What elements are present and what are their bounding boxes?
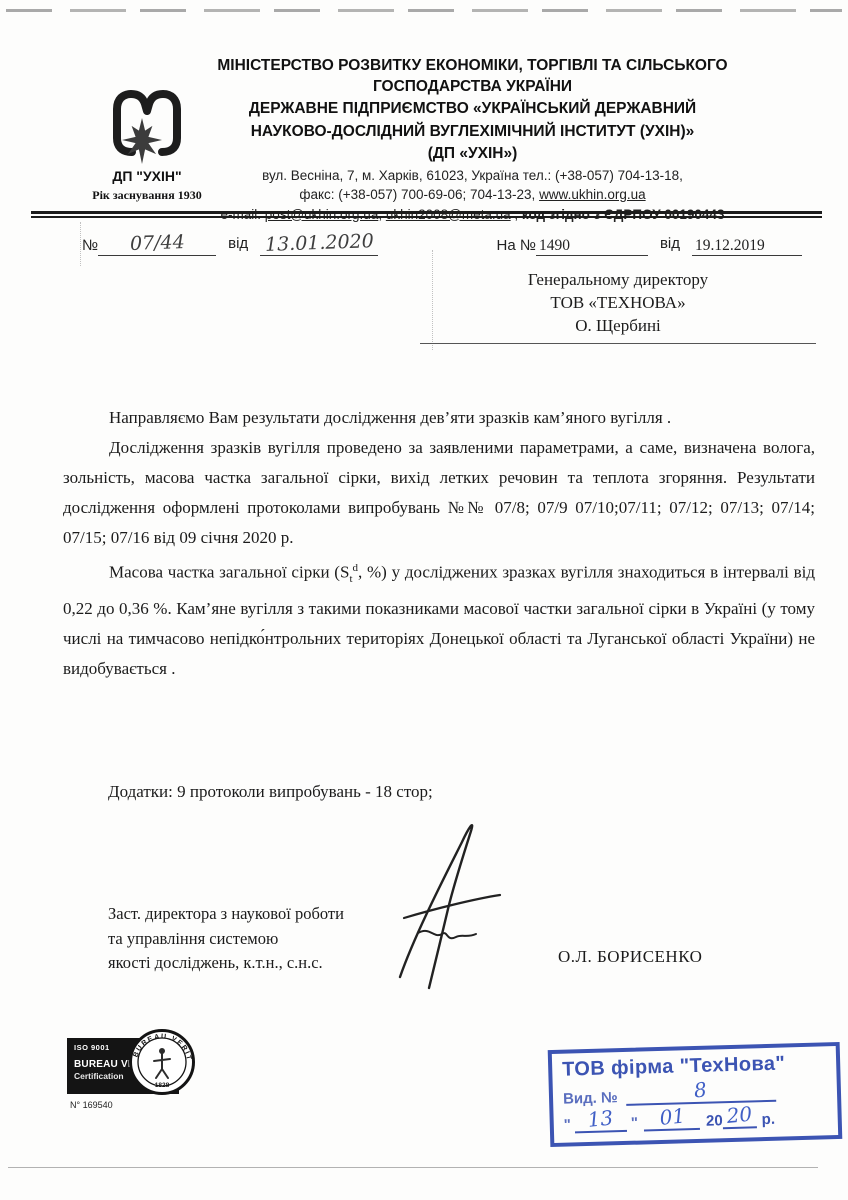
certificate-number: N° 169540 bbox=[70, 1100, 113, 1110]
header-divider-rule bbox=[31, 211, 822, 218]
stamp-year-suffix: р. bbox=[761, 1111, 775, 1128]
addressee-person: О. Щербині bbox=[420, 314, 816, 337]
enterprise-name-line1: ДЕРЖАВНЕ ПІДПРИЄМСТВО «УКРАЇНСЬКИЙ ДЕРЖА… bbox=[185, 98, 760, 120]
signatory-title: Заст. директора з наукової роботи та упр… bbox=[108, 902, 388, 976]
stamp-day-line: 13 bbox=[574, 1108, 627, 1133]
outgoing-number-handwritten: 07/44 bbox=[129, 231, 185, 255]
stamp-quote-open: " bbox=[564, 1116, 572, 1133]
technova-incoming-stamp: ТОВ фірма "ТехНова" Вид. № 8 " 13 " 01 2… bbox=[548, 1042, 843, 1147]
website-link: www.ukhin.org.ua bbox=[539, 187, 646, 202]
addressee-position: Генеральному директору bbox=[420, 268, 816, 291]
body-paragraph-1: Направляємо Вам результати дослідження д… bbox=[63, 403, 815, 433]
outgoing-date-handwritten: 13.01.2020 bbox=[264, 230, 373, 256]
sulfur-subscript: t bbox=[349, 573, 352, 585]
body-paragraph-2: Дослідження зразків вугілля проведено за… bbox=[63, 433, 815, 553]
scan-artifact-top-line bbox=[6, 9, 842, 12]
addressee-block: Генеральному директору ТОВ «ТЕХНОВА» О. … bbox=[420, 268, 816, 344]
addressee-company: ТОВ «ТЕХНОВА» bbox=[420, 291, 816, 314]
enterprise-name-line2: НАУКОВО-ДОСЛІДНИЙ ВУГЛЕХІМІЧНИЙ ІНСТИТУТ… bbox=[185, 121, 760, 143]
outgoing-number-label: № bbox=[82, 237, 98, 256]
stamp-month-handwritten: 01 bbox=[658, 1105, 685, 1127]
signatory-title-line1: Заст. директора з наукової роботи bbox=[108, 902, 388, 927]
stamp-year-printed: 20 bbox=[706, 1112, 723, 1129]
stamp-year-handwritten: 20 bbox=[726, 1104, 753, 1126]
scanned-letter-page: ДП "УХІН" Рік заснування 1930 МІНІСТЕРСТ… bbox=[0, 0, 848, 1200]
outgoing-date-label: від bbox=[228, 235, 248, 254]
outgoing-date-value: 13.01.2020 bbox=[260, 232, 378, 256]
stamp-year-line: 20 bbox=[722, 1104, 757, 1129]
scan-artifact-bottom-line bbox=[8, 1167, 818, 1168]
ministry-name-line1: МІНІСТЕРСТВО РОЗВИТКУ ЕКОНОМІКИ, ТОРГІВЛ… bbox=[185, 55, 760, 76]
stamp-quote-close: " bbox=[631, 1115, 639, 1132]
paragraph3-text-start: Масова частка загальної сірки (S bbox=[109, 563, 349, 582]
letterhead: МІНІСТЕРСТВО РОЗВИТКУ ЕКОНОМІКИ, ТОРГІВЛ… bbox=[185, 55, 760, 223]
seal-year: 1828 bbox=[155, 1082, 170, 1089]
stamp-date-row: " 13 " 01 20 20 р. bbox=[563, 1102, 830, 1133]
bureau-veritas-certification-mark: ISO 9001 BUREAU VERITAS Certification BU… bbox=[64, 1032, 214, 1118]
stamp-day-handwritten: 13 bbox=[587, 1107, 614, 1129]
address-phone-line: вул. Весніна, 7, м. Харків, 61023, Украї… bbox=[185, 167, 760, 185]
incoming-number-label: На № bbox=[497, 237, 536, 256]
body-paragraph-3: Масова частка загальної сірки (Std, %) у… bbox=[63, 553, 815, 684]
ministry-name-line2: ГОСПОДАРСТВА УКРАЇНИ bbox=[185, 76, 760, 97]
incoming-date-label: від bbox=[660, 235, 680, 254]
reference-line: № 07/44 від 13.01.2020 На № 1490 від 19.… bbox=[82, 226, 802, 256]
signatory-name: О.Л. БОРИСЕНКО bbox=[558, 947, 702, 967]
incoming-number-value: 1490 bbox=[536, 237, 648, 256]
incoming-date-value: 19.12.2019 bbox=[692, 237, 802, 256]
enterprise-short-name: (ДП «УХІН») bbox=[185, 143, 760, 165]
fax-numbers: факс: (+38-057) 700-69-06; 704-13-23, bbox=[299, 187, 539, 202]
stamp-vid-number-line: 8 bbox=[625, 1078, 776, 1106]
stamp-vid-number-handwritten: 8 bbox=[693, 1079, 708, 1100]
bureau-veritas-seal-icon: BUREAU VERITAS 1828 bbox=[128, 1028, 196, 1096]
stamp-month-line: 01 bbox=[644, 1106, 701, 1132]
handwritten-signature bbox=[390, 812, 510, 997]
fax-website-line: факс: (+38-057) 700-69-06; 704-13-23, ww… bbox=[185, 186, 760, 204]
attachments-line: Додатки: 9 протоколи випробувань - 18 ст… bbox=[108, 782, 433, 802]
ukhin-logo-icon bbox=[106, 88, 188, 166]
fold-mark-left bbox=[80, 222, 81, 266]
letter-body: Направляємо Вам результати дослідження д… bbox=[63, 403, 815, 684]
outgoing-number-value: 07/44 bbox=[98, 232, 216, 256]
signatory-title-line3: якості досліджень, к.т.н., с.н.с. bbox=[108, 951, 388, 976]
signatory-title-line2: та управління системою bbox=[108, 927, 388, 952]
